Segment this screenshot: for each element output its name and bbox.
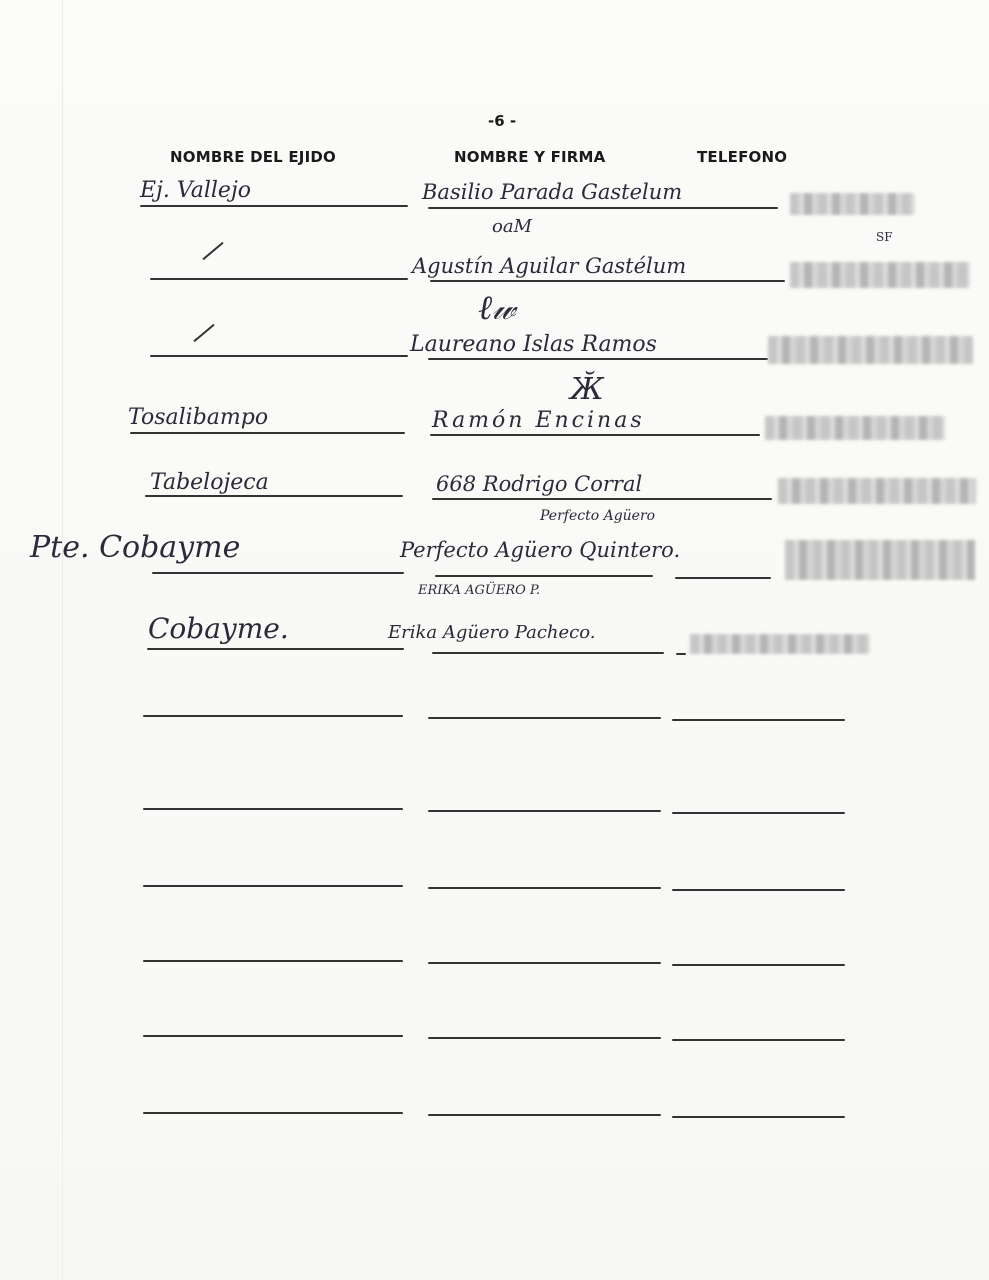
telefono-redacted: [765, 416, 945, 440]
nombre-line: [428, 1114, 661, 1116]
signature-mark: ERIKA AGÜERO P.: [418, 583, 540, 598]
telefono-line: [672, 889, 845, 891]
ejido-line: [143, 960, 403, 962]
nombre-line: [430, 280, 785, 282]
nombre-cell: Basilio Parada Gastelum: [422, 180, 682, 204]
ejido-line: [140, 205, 408, 207]
page-number: -6 -: [488, 112, 516, 130]
document-page: -6 - NOMBRE DEL EJIDO NOMBRE Y FIRMA TEL…: [0, 0, 989, 1280]
nombre-line: [428, 1037, 661, 1039]
ejido-cell: Tosalibampo: [128, 405, 268, 430]
nombre-cell: Ramón Encinas: [432, 408, 645, 433]
nombre-cell: Erika Agüero Pacheco.: [388, 622, 595, 643]
ejido-cell: Ej. Vallejo: [140, 178, 251, 203]
nombre-line: [428, 717, 661, 719]
ejido-line: [147, 648, 404, 650]
ejido-line: [145, 495, 403, 497]
ejido-line: [150, 355, 408, 357]
nombre-line: [430, 434, 760, 436]
ejido-line: [143, 715, 403, 717]
nombre-line: [428, 887, 661, 889]
header-telefono: TELEFONO: [697, 148, 787, 166]
ejido-line: [150, 278, 408, 280]
signature-scribble: ℓ𝓌: [478, 288, 516, 328]
telefono-line: [675, 577, 771, 579]
telefono-redacted: [785, 540, 975, 580]
nombre-line: [435, 575, 653, 577]
telefono-line: [672, 1039, 845, 1041]
ditto-mark: [202, 242, 223, 260]
telefono-line: [672, 1116, 845, 1118]
signature-scribble: Ӂ: [570, 372, 604, 407]
ejido-line: [152, 572, 404, 574]
margin-note: SF: [876, 230, 893, 244]
signature-mark: oaM: [492, 216, 532, 237]
header-firma: NOMBRE Y FIRMA: [454, 148, 605, 166]
nombre-line: [432, 652, 664, 654]
nombre-cell: Agustín Aguilar Gastélum: [412, 254, 686, 278]
ejido-line: [143, 885, 403, 887]
ejido-line: [130, 432, 405, 434]
telefono-redacted: [768, 336, 973, 364]
telefono-line: [672, 812, 845, 814]
ejido-line: [143, 1112, 403, 1114]
ejido-line: [143, 808, 403, 810]
header-ejido: NOMBRE DEL EJIDO: [170, 148, 336, 166]
telefono-line: [672, 964, 845, 966]
nombre-line: [428, 358, 768, 360]
ejido-cell: Pte. Cobayme: [30, 530, 240, 565]
nombre-line: [428, 810, 661, 812]
ejido-cell: Cobayme.: [148, 612, 289, 645]
nombre-cell: Laureano Islas Ramos: [410, 332, 657, 357]
nombre-line: [428, 207, 778, 209]
page-edge: [62, 0, 63, 1280]
nombre-cell: 668 Rodrigo Corral: [436, 472, 642, 496]
telefono-line: [672, 719, 845, 721]
telefono-redacted: [790, 262, 970, 288]
ejido-cell: Tabelojeca: [150, 470, 269, 495]
telefono-line: [676, 653, 686, 655]
telefono-redacted: [778, 478, 976, 504]
telefono-redacted: [690, 634, 870, 654]
nombre-cell: Perfecto Agüero Quintero.: [400, 538, 680, 562]
signature-mark: Perfecto Agüero: [540, 508, 655, 524]
nombre-line: [428, 962, 661, 964]
ditto-mark: [193, 324, 214, 342]
nombre-line: [432, 498, 772, 500]
telefono-redacted: [790, 193, 915, 215]
ejido-line: [143, 1035, 403, 1037]
